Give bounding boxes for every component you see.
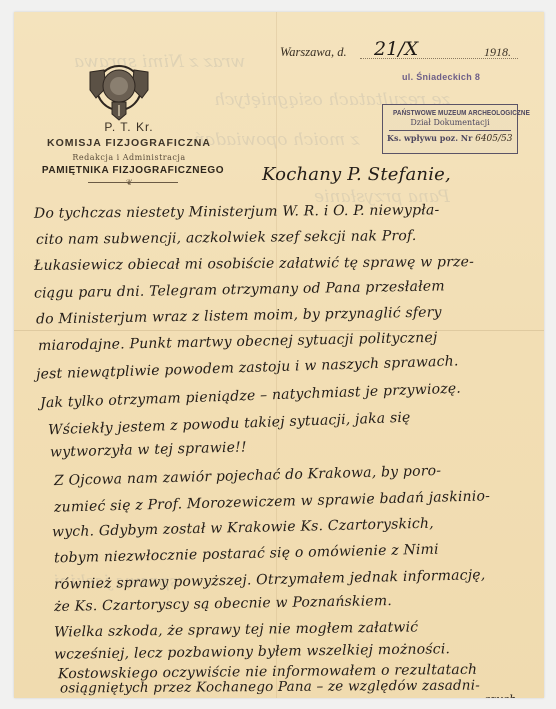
letter-line: osiągniętych przez Kochanego Pana – ze w… <box>60 678 480 697</box>
letter-line: wcześniej, lecz pozbawiony byłem wszelki… <box>54 641 450 663</box>
letter-line: Z Ojcowa nam zawiór pojechać do Krakowa,… <box>54 463 442 489</box>
date-place: Warszawa, d. <box>280 45 347 60</box>
letter-line: Wściekły jestem z powodu takiej sytuacji… <box>48 410 411 439</box>
stamp-divider <box>389 130 511 131</box>
museum-accession-stamp: PAŃSTWOWE MUZEUM ARCHEOLOGICZNE Dział Do… <box>382 104 518 154</box>
letter-line: wytworzyła w tej sprawie!! <box>50 439 247 460</box>
letter-line: Jak tylko otrzymam pieniądze – natychmia… <box>40 381 461 412</box>
stamp-accession-line: Ks. wpływu poz. Nr 6405/53 <box>383 133 517 144</box>
letter-line: cito nam subwencji, aczkolwiek szef sekc… <box>36 228 417 248</box>
letterhead-subtitle: Redakcja i Administracja <box>14 153 244 162</box>
letterhead-organization: KOMISJA FIZJOGRAFICZNA <box>14 137 244 149</box>
address-stamp: ul. Śniadeckich 8 <box>402 72 480 82</box>
letter-page: wraz z Nimi sprawa ze rezultatach osiągn… <box>14 12 544 698</box>
letter-line: zumieć się z Prof. Morozewiczem w sprawi… <box>54 488 490 515</box>
letter-line: ciągu paru dni. Telegram otrzymany od Pa… <box>34 278 445 301</box>
letterhead-divider <box>88 182 178 183</box>
letter-line: Łukasiewicz obiecał mi osobiście załatwi… <box>34 254 474 274</box>
letter-line: również sprawy powyższej. Otrzymałem jed… <box>54 567 486 593</box>
letter-line: wych. Gdybym został w Krakowie Ks. Czart… <box>52 516 434 541</box>
paper-fold-horizontal <box>14 330 544 331</box>
letter-line: czych. <box>484 693 520 698</box>
letter-salutation: Kochany P. Stefanie, <box>262 164 451 185</box>
letter-line: jest niewątpliwie powodem zastoju i w na… <box>36 353 459 382</box>
letter-line: miarodajne. Punkt martwy obecnej sytuacj… <box>38 330 438 354</box>
letterhead-abbreviation: P. T. Kr. <box>14 120 244 134</box>
letter-line: Wielka szkoda, że sprawy tej nie mogłem … <box>54 619 418 640</box>
letterhead-publication: PAMIĘTNIKA FIZJOGRAFICZNEGO <box>18 165 248 176</box>
stamp-department: Dział Dokumentacji <box>383 118 517 127</box>
letter-line: do Ministerjum wraz z listem moim, by pr… <box>36 304 442 327</box>
stamp-institution: PAŃSTWOWE MUZEUM ARCHEOLOGICZNE <box>393 108 507 117</box>
date-year: 1918. <box>484 45 511 60</box>
ornament-icon: ❦ <box>126 178 133 187</box>
heraldic-crest-icon <box>84 58 154 122</box>
letter-line: tobym niezwłocznie postarać się o omówie… <box>54 542 439 567</box>
stamp-accession-number: 6405/53 <box>475 134 512 144</box>
handwritten-date: 21/X <box>374 38 418 60</box>
letter-line: że Ks. Czartoryscy są obecnie w Poznańsk… <box>54 593 392 615</box>
stamp-accession-label: Ks. wpływu poz. Nr <box>387 133 472 143</box>
letter-line: Do tychczas niestety Ministerjum W. R. i… <box>34 202 440 222</box>
